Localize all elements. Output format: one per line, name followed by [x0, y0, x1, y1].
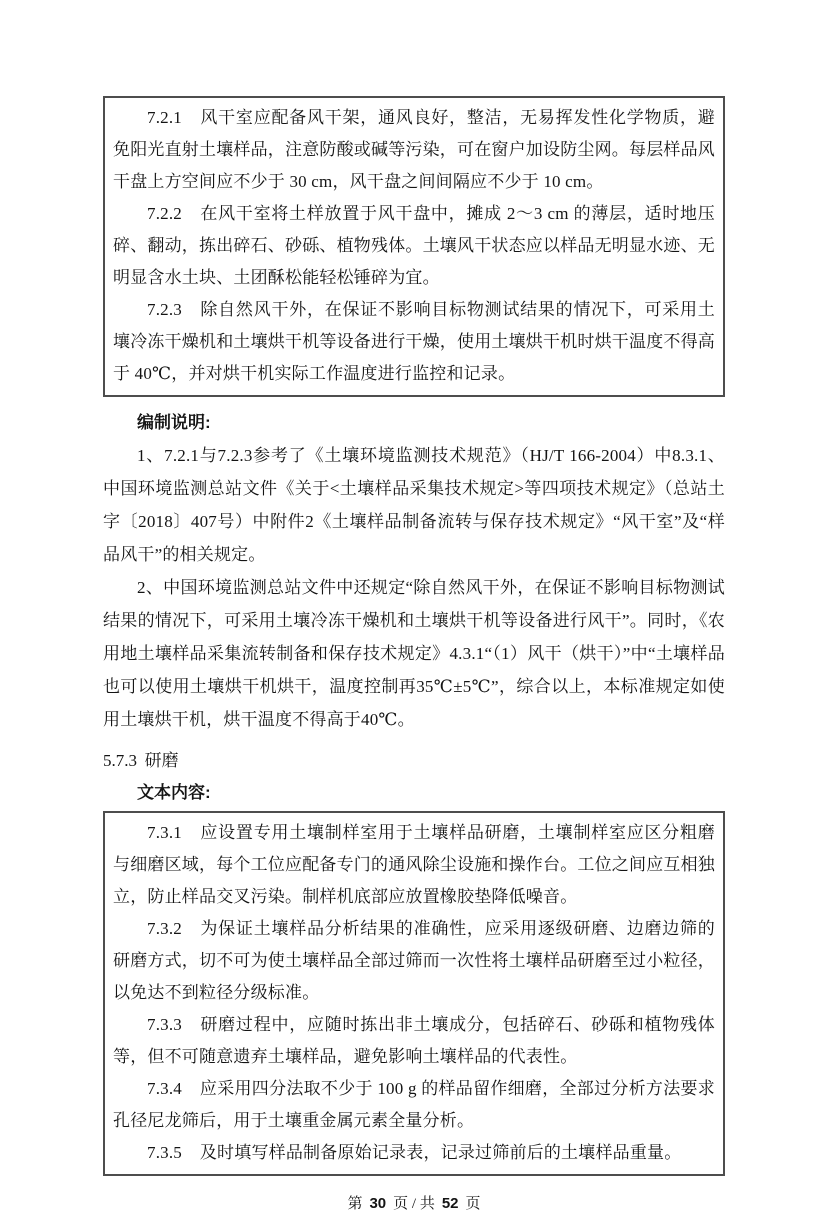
clause-number: 7.3.3: [147, 1015, 182, 1034]
clause-7-2-1: 7.2.1风干室应配备风干架，通风良好，整洁，无易挥发性化学物质，避免阳光直射土…: [113, 102, 715, 198]
footer-middle: 页 / 共: [393, 1192, 435, 1213]
footer-page-number: 30: [369, 1195, 386, 1212]
section-title: 研磨: [145, 751, 179, 770]
clause-number: 7.3.2: [147, 919, 182, 938]
clause-7-3-4: 7.3.4应采用四分法取不少于 100 g 的样品留作细磨，全部过分析方法要求孔…: [113, 1073, 715, 1137]
clause-text: 在风干室将土样放置于风干盘中，摊成 2～3 cm 的薄层，适时地压碎、翻动，拣出…: [113, 204, 715, 287]
clause-text: 及时填写样品制备原始记录表，记录过筛前后的土壤样品重量。: [200, 1143, 682, 1162]
clause-text: 为保证土壤样品分析结果的准确性，应采用逐级研磨、边磨边筛的研磨方式，切不可为使土…: [113, 919, 715, 1002]
clause-number: 7.3.1: [147, 823, 182, 842]
clause-7-3-2: 7.3.2为保证土壤样品分析结果的准确性，应采用逐级研磨、边磨边筛的研磨方式，切…: [113, 913, 715, 1009]
section-number: 5.7.3: [103, 751, 137, 770]
clause-box-air-drying: 7.2.1风干室应配备风干架，通风良好，整洁，无易挥发性化学物质，避免阳光直射土…: [103, 96, 725, 397]
clause-7-2-3: 7.2.3除自然风干外，在保证不影响目标物测试结果的情况下，可采用土壤冷冻干燥机…: [113, 294, 715, 390]
clause-number: 7.2.3: [147, 300, 182, 319]
clause-7-3-3: 7.3.3研磨过程中，应随时拣出非土壤成分，包括碎石、砂砾和植物残体等，但不可随…: [113, 1009, 715, 1073]
clause-7-2-2: 7.2.2在风干室将土样放置于风干盘中，摊成 2～3 cm 的薄层，适时地压碎、…: [113, 198, 715, 294]
clause-number: 7.3.4: [147, 1079, 182, 1098]
clause-box-grinding: 7.3.1应设置专用土壤制样室用于土壤样品研磨，土壤制样室应区分粗磨与细磨区域，…: [103, 811, 725, 1176]
clause-7-3-1: 7.3.1应设置专用土壤制样室用于土壤样品研磨，土壤制样室应区分粗磨与细磨区域，…: [113, 817, 715, 913]
footer-prefix: 第: [347, 1192, 362, 1213]
clause-text: 应采用四分法取不少于 100 g 的样品留作细磨，全部过分析方法要求孔径尼龙筛后…: [113, 1079, 715, 1130]
note-paragraph-2: 2、中国环境监测总站文件中还规定“除自然风干外，在保证不影响目标物测试结果的情况…: [103, 571, 725, 736]
document-page: 7.2.1风干室应配备风干架，通风良好，整洁，无易挥发性化学物质，避免阳光直射土…: [0, 0, 826, 1169]
clause-7-3-5: 7.3.5及时填写样品制备原始记录表，记录过筛前后的土壤样品重量。: [113, 1137, 715, 1169]
page-footer: 第 30 页 / 共 52 页: [103, 1192, 725, 1213]
clause-text: 除自然风干外，在保证不影响目标物测试结果的情况下，可采用土壤冷冻干燥机和土壤烘干…: [113, 300, 715, 383]
footer-suffix: 页: [466, 1192, 481, 1213]
clause-number: 7.2.2: [147, 204, 182, 223]
clause-text: 研磨过程中，应随时拣出非土壤成分，包括碎石、砂砾和植物残体等，但不可随意遗弃土壤…: [113, 1015, 715, 1066]
content-label: 文本内容:: [103, 777, 725, 809]
note-paragraph-1: 1、7.2.1与7.2.3参考了《土壤环境监测技术规范》（HJ/T 166-20…: [103, 439, 725, 571]
clause-text: 应设置专用土壤制样室用于土壤样品研磨，土壤制样室应区分粗磨与细磨区域，每个工位应…: [113, 823, 715, 906]
footer-total-pages: 52: [442, 1195, 459, 1212]
clause-number: 7.2.1: [147, 108, 182, 127]
clause-number: 7.3.5: [147, 1143, 182, 1162]
clause-text: 风干室应配备风干架，通风良好，整洁，无易挥发性化学物质，避免阳光直射土壤样品，注…: [113, 108, 715, 191]
section-heading-5-7-3: 5.7.3研磨: [103, 745, 725, 777]
notes-heading: 编制说明:: [103, 407, 725, 439]
